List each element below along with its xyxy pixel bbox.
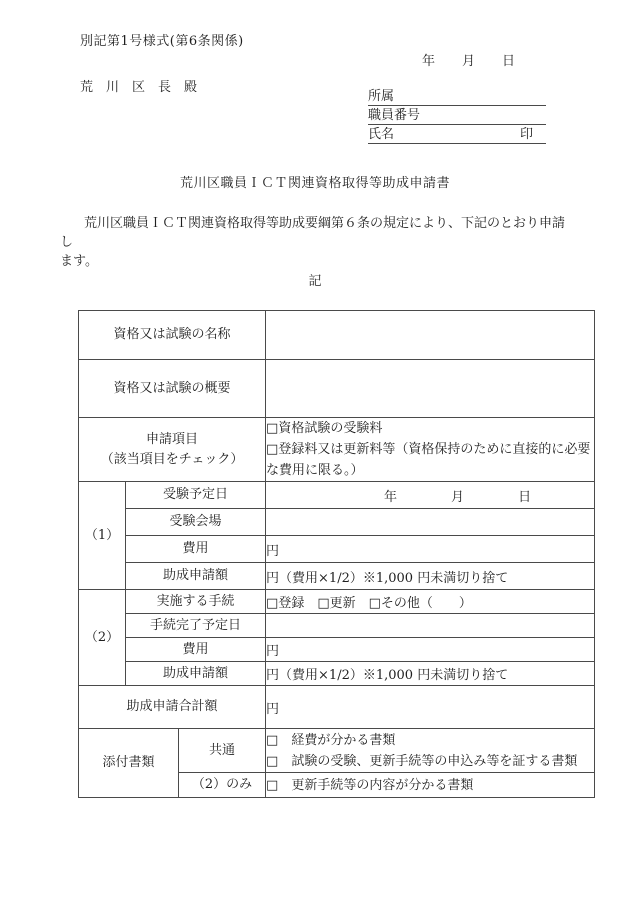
exam-date-placeholders: 年 月 日 bbox=[266, 486, 594, 505]
seal-label: 印 bbox=[520, 123, 533, 142]
procedure-label: 実施する手続 bbox=[126, 590, 266, 614]
section2-label: （2） bbox=[79, 590, 126, 686]
name-label: 氏名 bbox=[368, 123, 394, 142]
date-day-label: 日 bbox=[502, 50, 515, 69]
attachments-common-label: 共通 bbox=[179, 729, 266, 773]
exam-date-day-label: 日 bbox=[518, 486, 531, 505]
checkbox-option-exam-fee[interactable]: □資格試験の受験料 bbox=[266, 418, 594, 439]
body-paragraph: 荒川区職員ＩＣＴ関連資格取得等助成要綱第６条の規定により、下記のとおり申請し ま… bbox=[60, 214, 574, 271]
application-items-label: 申請項目 （該当項目をチェック） bbox=[79, 418, 266, 482]
header-date-line: 年 月 日 bbox=[422, 50, 515, 69]
affiliation-label: 所属 bbox=[368, 85, 394, 104]
qualification-summary-label: 資格又は試験の概要 bbox=[79, 360, 266, 418]
exam-venue-input-cell[interactable] bbox=[266, 509, 595, 536]
qualification-name-label: 資格又は試験の名称 bbox=[79, 311, 266, 360]
procedure-options-cell[interactable]: □登録 □更新 □その他（ ） bbox=[266, 590, 595, 614]
form-number: 別記第1号様式(第6条関係) bbox=[80, 30, 244, 49]
section2-cost-label: 費用 bbox=[126, 638, 266, 662]
total-subsidy-label: 助成申請合計額 bbox=[79, 686, 266, 729]
date-month-label: 月 bbox=[462, 50, 475, 69]
attachments-label: 添付書類 bbox=[79, 729, 179, 798]
attachments-common-items-cell: □ 経費が分かる書類 □ 試験の受験、更新手続等の申込み等を証する書類 bbox=[266, 729, 595, 773]
section1-cost-input-cell[interactable]: 円 bbox=[266, 536, 595, 563]
checkbox-attachment-application-proof[interactable]: □ 試験の受験、更新手続等の申込み等を証する書類 bbox=[266, 751, 594, 772]
total-subsidy-input-cell[interactable]: 円 bbox=[266, 686, 595, 729]
completion-date-label: 手続完了予定日 bbox=[126, 614, 266, 638]
checkbox-attachment-renewal-docs[interactable]: □ 更新手続等の内容が分かる書類 bbox=[266, 775, 594, 796]
section1-subsidy-label: 助成申請額 bbox=[126, 563, 266, 590]
exam-date-input-cell[interactable]: 年 月 日 bbox=[266, 482, 595, 509]
attachments-only2-items-cell: □ 更新手続等の内容が分かる書類 bbox=[266, 773, 595, 798]
section1-cost-label: 費用 bbox=[126, 536, 266, 563]
qualification-summary-input-cell[interactable] bbox=[266, 360, 595, 418]
addressee-line: 荒 川 区 長 殿 bbox=[80, 76, 197, 95]
completion-date-input-cell[interactable] bbox=[266, 614, 595, 638]
document-title: 荒川区職員ＩＣＴ関連資格取得等助成申請書 bbox=[0, 172, 630, 191]
exam-date-month-label: 月 bbox=[451, 486, 464, 505]
document-page: 別記第1号様式(第6条関係) 年 月 日 荒 川 区 長 殿 所属 職員番号 氏… bbox=[0, 0, 630, 903]
section2-subsidy-input-cell[interactable]: 円（費用×1/2）※1,000 円未満切り捨て bbox=[266, 662, 595, 686]
application-table: 資格又は試験の名称 資格又は試験の概要 申請項目 （該当項目をチェック） □資格… bbox=[78, 310, 595, 798]
section1-label: （1） bbox=[79, 482, 126, 590]
application-items-label-line1: 申請項目 bbox=[79, 430, 265, 450]
exam-date-year-label: 年 bbox=[384, 486, 397, 505]
section2-subsidy-label: 助成申請額 bbox=[126, 662, 266, 686]
exam-venue-label: 受験会場 bbox=[126, 509, 266, 536]
section1-subsidy-input-cell[interactable]: 円（費用×1/2）※1,000 円未満切り捨て bbox=[266, 563, 595, 590]
date-year-label: 年 bbox=[422, 50, 435, 69]
exam-date-label: 受験予定日 bbox=[126, 482, 266, 509]
checkbox-option-registration-fee[interactable]: □登録料又は更新料等（資格保持のために直接的に必要な費用に限る。） bbox=[266, 439, 594, 481]
name-field[interactable]: 氏名 印 bbox=[368, 125, 546, 144]
application-items-options-cell: □資格試験の受験料 □登録料又は更新料等（資格保持のために直接的に必要な費用に限… bbox=[266, 418, 595, 482]
ki-heading: 記 bbox=[0, 270, 630, 289]
employee-number-label: 職員番号 bbox=[368, 104, 420, 123]
section2-cost-input-cell[interactable]: 円 bbox=[266, 638, 595, 662]
checkbox-attachment-expense-docs[interactable]: □ 経費が分かる書類 bbox=[266, 730, 594, 751]
applicant-info-block: 所属 職員番号 氏名 印 bbox=[368, 87, 546, 144]
application-items-label-line2: （該当項目をチェック） bbox=[79, 450, 265, 470]
qualification-name-input-cell[interactable] bbox=[266, 311, 595, 360]
attachments-only2-label: （2）のみ bbox=[179, 773, 266, 798]
